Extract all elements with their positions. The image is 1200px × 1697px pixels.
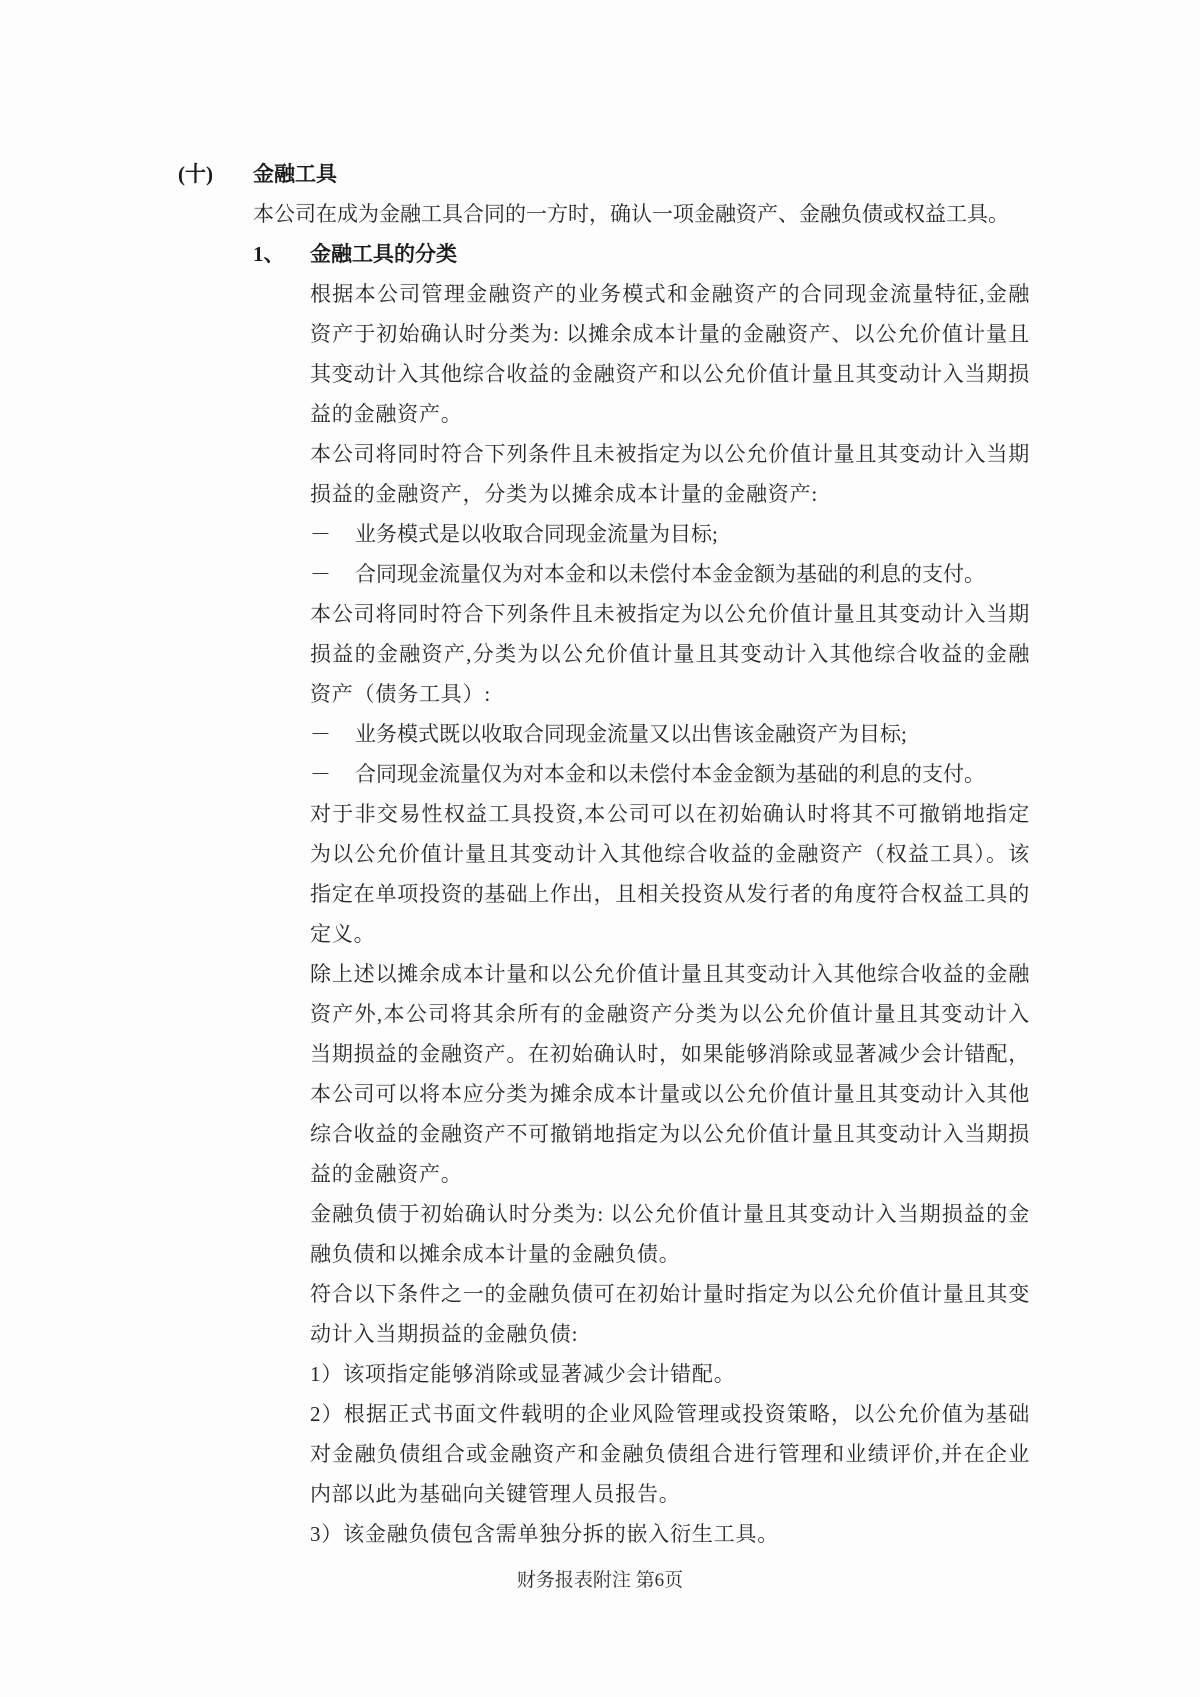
section-title: 金融工具 (253, 154, 337, 194)
document-body: (十) 金融工具 本公司在成为金融工具合同的一方时，确认一项金融资产、金融负债或… (178, 154, 1030, 1554)
subsection-title: 金融工具的分类 (310, 234, 457, 274)
paragraph: 金融负债于初始确认时分类为: 以公允价值计量且其变动计入当期损益的金融负债和以摊… (310, 1194, 1030, 1274)
document-page: (十) 金融工具 本公司在成为金融工具合同的一方时，确认一项金融资产、金融负债或… (0, 0, 1200, 1697)
dash-item-text: 合同现金流量仅为对本金和以未偿付本金金额为基础的利息的支付。 (355, 754, 1030, 794)
page-footer: 财务报表附注 第6页 (0, 1561, 1200, 1601)
section-label: (十) (178, 154, 253, 194)
subsection-heading: 1、 金融工具的分类 (253, 234, 1030, 274)
paragraph: 对于非交易性权益工具投资,本公司可以在初始确认时将其不可撤销地指定为以公允价值计… (310, 794, 1030, 954)
subsection-label: 1、 (253, 234, 310, 274)
paragraph: 本公司将同时符合下列条件且未被指定为以公允价值计量且其变动计入当期损益的金融资产… (310, 434, 1030, 514)
dash-item-text: 合同现金流量仅为对本金和以未偿付本金金额为基础的利息的支付。 (355, 554, 1030, 594)
numbered-item: 3）该金融负债包含需单独分拆的嵌入衍生工具。 (310, 1514, 1030, 1554)
paragraph: 根据本公司管理金融资产的业务模式和金融资产的合同现金流量特征,金融资产于初始确认… (310, 274, 1030, 434)
numbered-item: 1）该项指定能够消除或显著减少会计错配。 (310, 1354, 1030, 1394)
dash-list-item: －业务模式是以收取合同现金流量为目标; (310, 514, 1030, 554)
section-content: 本公司在成为金融工具合同的一方时，确认一项金融资产、金融负债或权益工具。 1、 … (253, 194, 1030, 1554)
paragraph: 符合以下条件之一的金融负债可在初始计量时指定为以公允价值计量且其变动计入当期损益… (310, 1274, 1030, 1354)
section-intro-paragraph: 本公司在成为金融工具合同的一方时，确认一项金融资产、金融负债或权益工具。 (253, 194, 1030, 234)
dash-item-text: 业务模式是以收取合同现金流量为目标; (355, 514, 1030, 554)
dash-list-item: －业务模式既以收取合同现金流量又以出售该金融资产为目标; (310, 714, 1030, 754)
paragraph: 本公司将同时符合下列条件且未被指定为以公允价值计量且其变动计入当期损益的金融资产… (310, 594, 1030, 714)
dash-marker: － (310, 514, 355, 554)
dash-marker: － (310, 714, 355, 754)
dash-item-text: 业务模式既以收取合同现金流量又以出售该金融资产为目标; (355, 714, 1030, 754)
numbered-item: 2）根据正式书面文件载明的企业风险管理或投资策略，以公允价值为基础对金融负债组合… (310, 1394, 1030, 1514)
paragraph: 除上述以摊余成本计量和以公允价值计量且其变动计入其他综合收益的金融资产外,本公司… (310, 954, 1030, 1194)
dash-list-item: －合同现金流量仅为对本金和以未偿付本金金额为基础的利息的支付。 (310, 754, 1030, 794)
dash-marker: － (310, 554, 355, 594)
section-heading: (十) 金融工具 (178, 154, 1030, 194)
dash-list-item: －合同现金流量仅为对本金和以未偿付本金金额为基础的利息的支付。 (310, 554, 1030, 594)
subsection-body: 根据本公司管理金融资产的业务模式和金融资产的合同现金流量特征,金融资产于初始确认… (310, 274, 1030, 1554)
dash-marker: － (310, 754, 355, 794)
